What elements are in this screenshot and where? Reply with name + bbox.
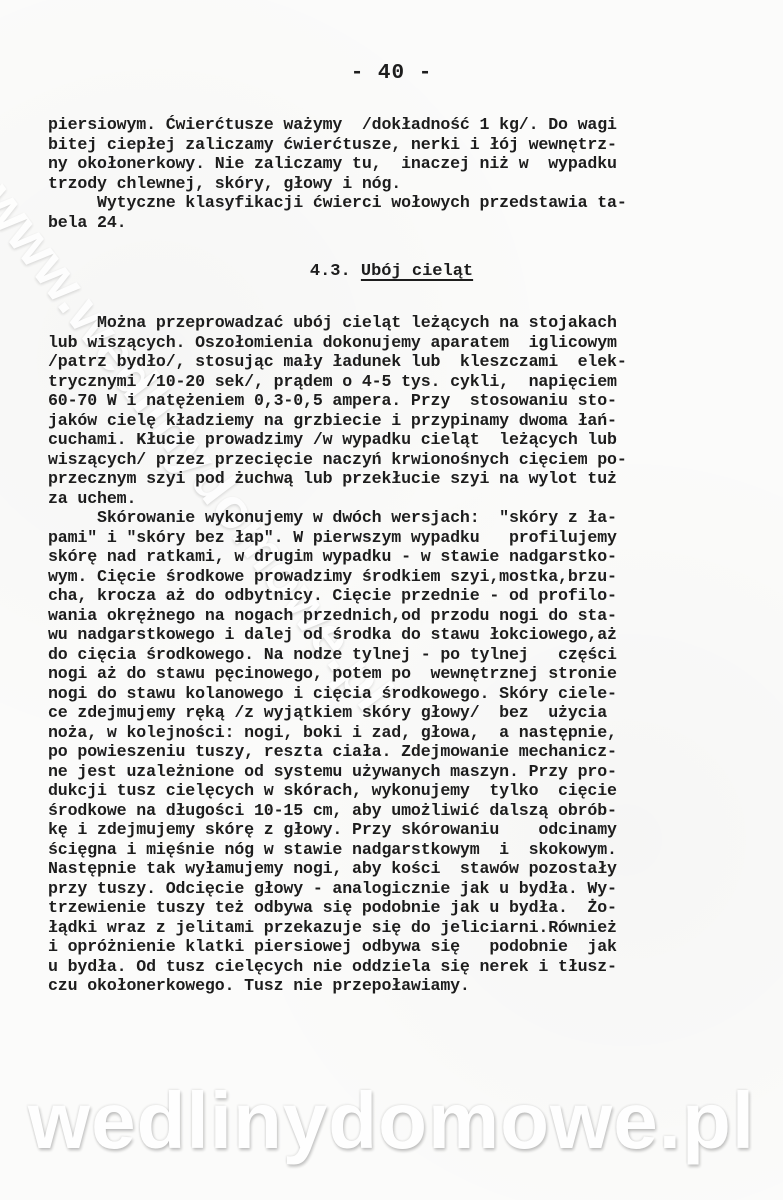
text-line: przecznym szyi pod żuchwą lub przekłucie… — [48, 469, 748, 489]
text-line: dukcji tusz cielęcych w skórach, wykonuj… — [48, 781, 748, 801]
text-line: cuchami. Kłucie prowadzimy /w wypadku ci… — [48, 430, 748, 450]
paragraph-top: piersiowym. Ćwierćtusze ważymy /dokładno… — [48, 115, 748, 232]
text-line: piersiowym. Ćwierćtusze ważymy /dokładno… — [48, 115, 748, 135]
text-line: wiszących/ przez przecięcie naczyń krwio… — [48, 450, 748, 470]
section-heading: 4.3. Ubój cieląt — [0, 262, 783, 281]
text-line: trycznymi /10-20 sek/, prądem o 4-5 tys.… — [48, 372, 748, 392]
text-line: środkowe na długości 10-15 cm, aby umożl… — [48, 801, 748, 821]
text-line: u bydła. Od tusz cielęcych nie oddziela … — [48, 957, 748, 977]
text-line: nogi do stawu kolanowego i cięcia środko… — [48, 684, 748, 704]
text-line: lub wiszących. Oszołomienia dokonujemy a… — [48, 333, 748, 353]
text-line: jaków cielę kładziemy na grzbiecie i prz… — [48, 411, 748, 431]
text-line: ne jest uzależnione od systemu używanych… — [48, 762, 748, 782]
section-number: 4.3. — [310, 262, 351, 281]
text-line: wu nadgarstkowego i dalej od środka do s… — [48, 625, 748, 645]
paragraph-main: Można przeprowadzać ubój cieląt leżących… — [48, 313, 748, 996]
text-line: kę i zdejmujemy skórę z głowy. Przy skór… — [48, 820, 748, 840]
text-line: Wytyczne klasyfikacji ćwierci wołowych p… — [48, 193, 748, 213]
text-line: do cięcia środkowego. Na nodze tylnej - … — [48, 645, 748, 665]
text-line: przy tuszy. Odcięcie głowy - analogiczni… — [48, 879, 748, 899]
text-line: 60-70 W i natężeniem 0,3-0,5 ampera. Prz… — [48, 391, 748, 411]
text-line: czu okołonerkowego. Tusz nie przepoławia… — [48, 976, 748, 996]
text-line: Można przeprowadzać ubój cieląt leżących… — [48, 313, 748, 333]
text-line: ny okołonerkowy. Nie zaliczamy tu, inacz… — [48, 154, 748, 174]
text-line: noża, w kolejności: nogi, boki i zad, gł… — [48, 723, 748, 743]
text-line: cha, krocza aż do odbytnicy. Cięcie prze… — [48, 586, 748, 606]
text-line: Następnie tak wyłamujemy nogi, aby kości… — [48, 859, 748, 879]
text-line: pami" i "skóry bez łap". W pierwszym wyp… — [48, 528, 748, 548]
bottom-watermark: wedlinydomowe.pl — [0, 1075, 783, 1167]
text-line: bela 24. — [48, 213, 748, 233]
text-line: skórę nad ratkami, w drugim wypadku - w … — [48, 547, 748, 567]
text-line: ścięgna i mięśnie nóg w stawie nadgarstk… — [48, 840, 748, 860]
section-title: Ubój cieląt — [361, 262, 473, 281]
text-line: /patrz bydło/, stosując mały ładunek lub… — [48, 352, 748, 372]
text-line: wym. Cięcie środkowe prowadzimy środkiem… — [48, 567, 748, 587]
text-line: wania okrężnego na nogach przednich,od p… — [48, 606, 748, 626]
text-line: bitej ciepłej zaliczamy ćwierćtusze, ner… — [48, 135, 748, 155]
scanned-page: www.wedlinydomowe.pl - 40 - piersiowym. … — [0, 0, 783, 1200]
text-line: Skórowanie wykonujemy w dwóch wersjach: … — [48, 508, 748, 528]
text-line: łądki wraz z jelitami przekazuje się do … — [48, 918, 748, 938]
text-line: i opróżnienie klatki piersiowej odbywa s… — [48, 937, 748, 957]
text-line: nogi aż do stawu pęcinowego, potem po we… — [48, 664, 748, 684]
text-line: trzody chlewnej, skóry, głowy i nóg. — [48, 174, 748, 194]
page-number: - 40 - — [0, 62, 783, 85]
text-line: po powieszeniu tuszy, reszta ciała. Zdej… — [48, 742, 748, 762]
text-line: za uchem. — [48, 489, 748, 509]
text-line: ce zdejmujemy ręką /z wyjątkiem skóry gł… — [48, 703, 748, 723]
text-line: trzewienie tuszy też odbywa się podobnie… — [48, 898, 748, 918]
